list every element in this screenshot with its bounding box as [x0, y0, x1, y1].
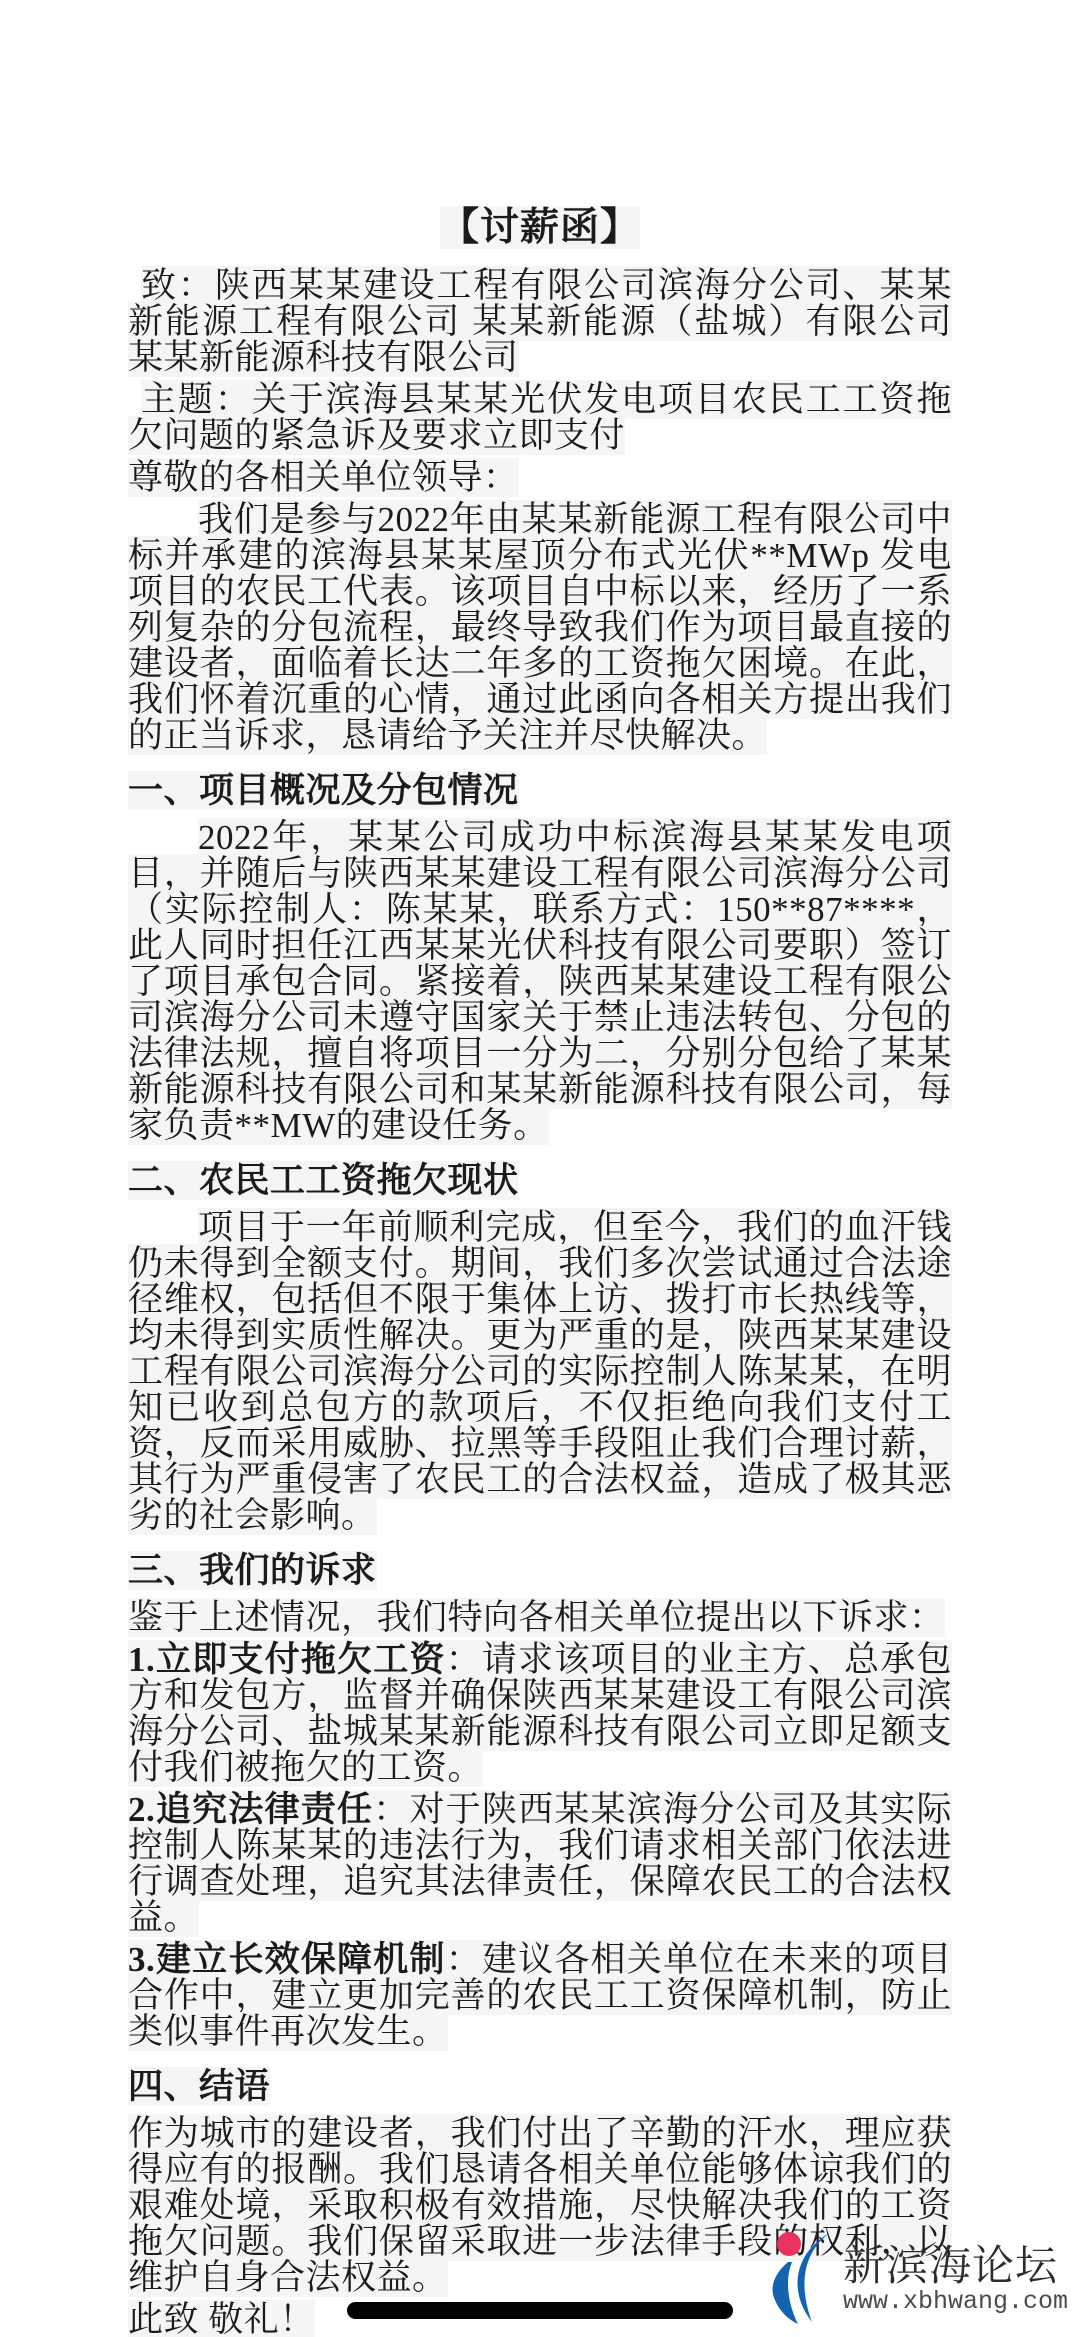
demand-item-2: 2.追究法律责任：对于陕西某某滨海分公司及其实际控制人陈某某的违法行为，我们请求… [128, 1792, 952, 1936]
section-1-heading: 一、项目概况及分包情况 [128, 763, 952, 813]
home-indicator-bar[interactable] [347, 2302, 733, 2319]
demands-lead-line: 鉴于上述情况，我们特向各相关单位提出以下诉求： [128, 1600, 952, 1636]
document-title-text: 【讨薪函】 [440, 206, 640, 249]
demand-item-1: 1.立即支付拖欠工资：请求该项目的业主方、总承包方和发包方，监督并确保陕西某某建… [128, 1642, 952, 1786]
subject-line: 主题：关于滨海县某某光伏发电项目农民工工资拖欠问题的紧急诉及要求立即支付 [128, 382, 952, 454]
section-4-heading: 四、结语 [128, 2059, 952, 2109]
demand-1-label: 1.立即支付拖欠工资 [128, 1640, 446, 1679]
section-3-heading: 三、我们的诉求 [128, 1543, 952, 1593]
logo-red-dot [777, 2232, 801, 2256]
document-title: 【讨薪函】 [128, 196, 952, 252]
site-watermark-text: 新滨海论坛 www.xbhwang.com [843, 2244, 1068, 2315]
demand-item-3: 3.建立长效保障机制：建议各相关单位在未来的项目合作中，建立更加完善的农民工工资… [128, 1942, 952, 2050]
salutation-line: 尊敬的各相关单位领导： [128, 460, 952, 496]
site-url: www.xbhwang.com [843, 2289, 1068, 2315]
intro-paragraph: 我们是参与2022年由某某新能源工程有限公司中标并承建的滨海县某某屋顶分布式光伏… [128, 502, 952, 754]
site-logo-icon [767, 2230, 839, 2324]
recipients-line: 致：陕西某某建设工程有限公司滨海分公司、某某新能源工程有限公司 某某新能源（盐城… [128, 268, 952, 376]
letter-document: 【讨薪函】 致：陕西某某建设工程有限公司滨海分公司、某某新能源工程有限公司 某某… [128, 196, 952, 2337]
section-2-paragraph: 项目于一年前顺利完成，但至今，我们的血汗钱仍未得到全额支付。期间，我们多次尝试通… [128, 1210, 952, 1534]
demand-2-label: 2.追究法律责任 [128, 1790, 373, 1829]
site-name: 新滨海论坛 [843, 2244, 1068, 2288]
section-1-paragraph: 2022年，某某公司成功中标滨海县某某发电项目，并随后与陕西某某建设工程有限公司… [128, 820, 952, 1144]
demand-3-label: 3.建立长效保障机制 [128, 1940, 446, 1979]
site-watermark: 新滨海论坛 www.xbhwang.com [767, 2230, 1068, 2324]
logo-right-stroke [797, 2232, 830, 2322]
logo-left-stroke [772, 2262, 797, 2324]
section-2-heading: 二、农民工工资拖欠现状 [128, 1153, 952, 1203]
